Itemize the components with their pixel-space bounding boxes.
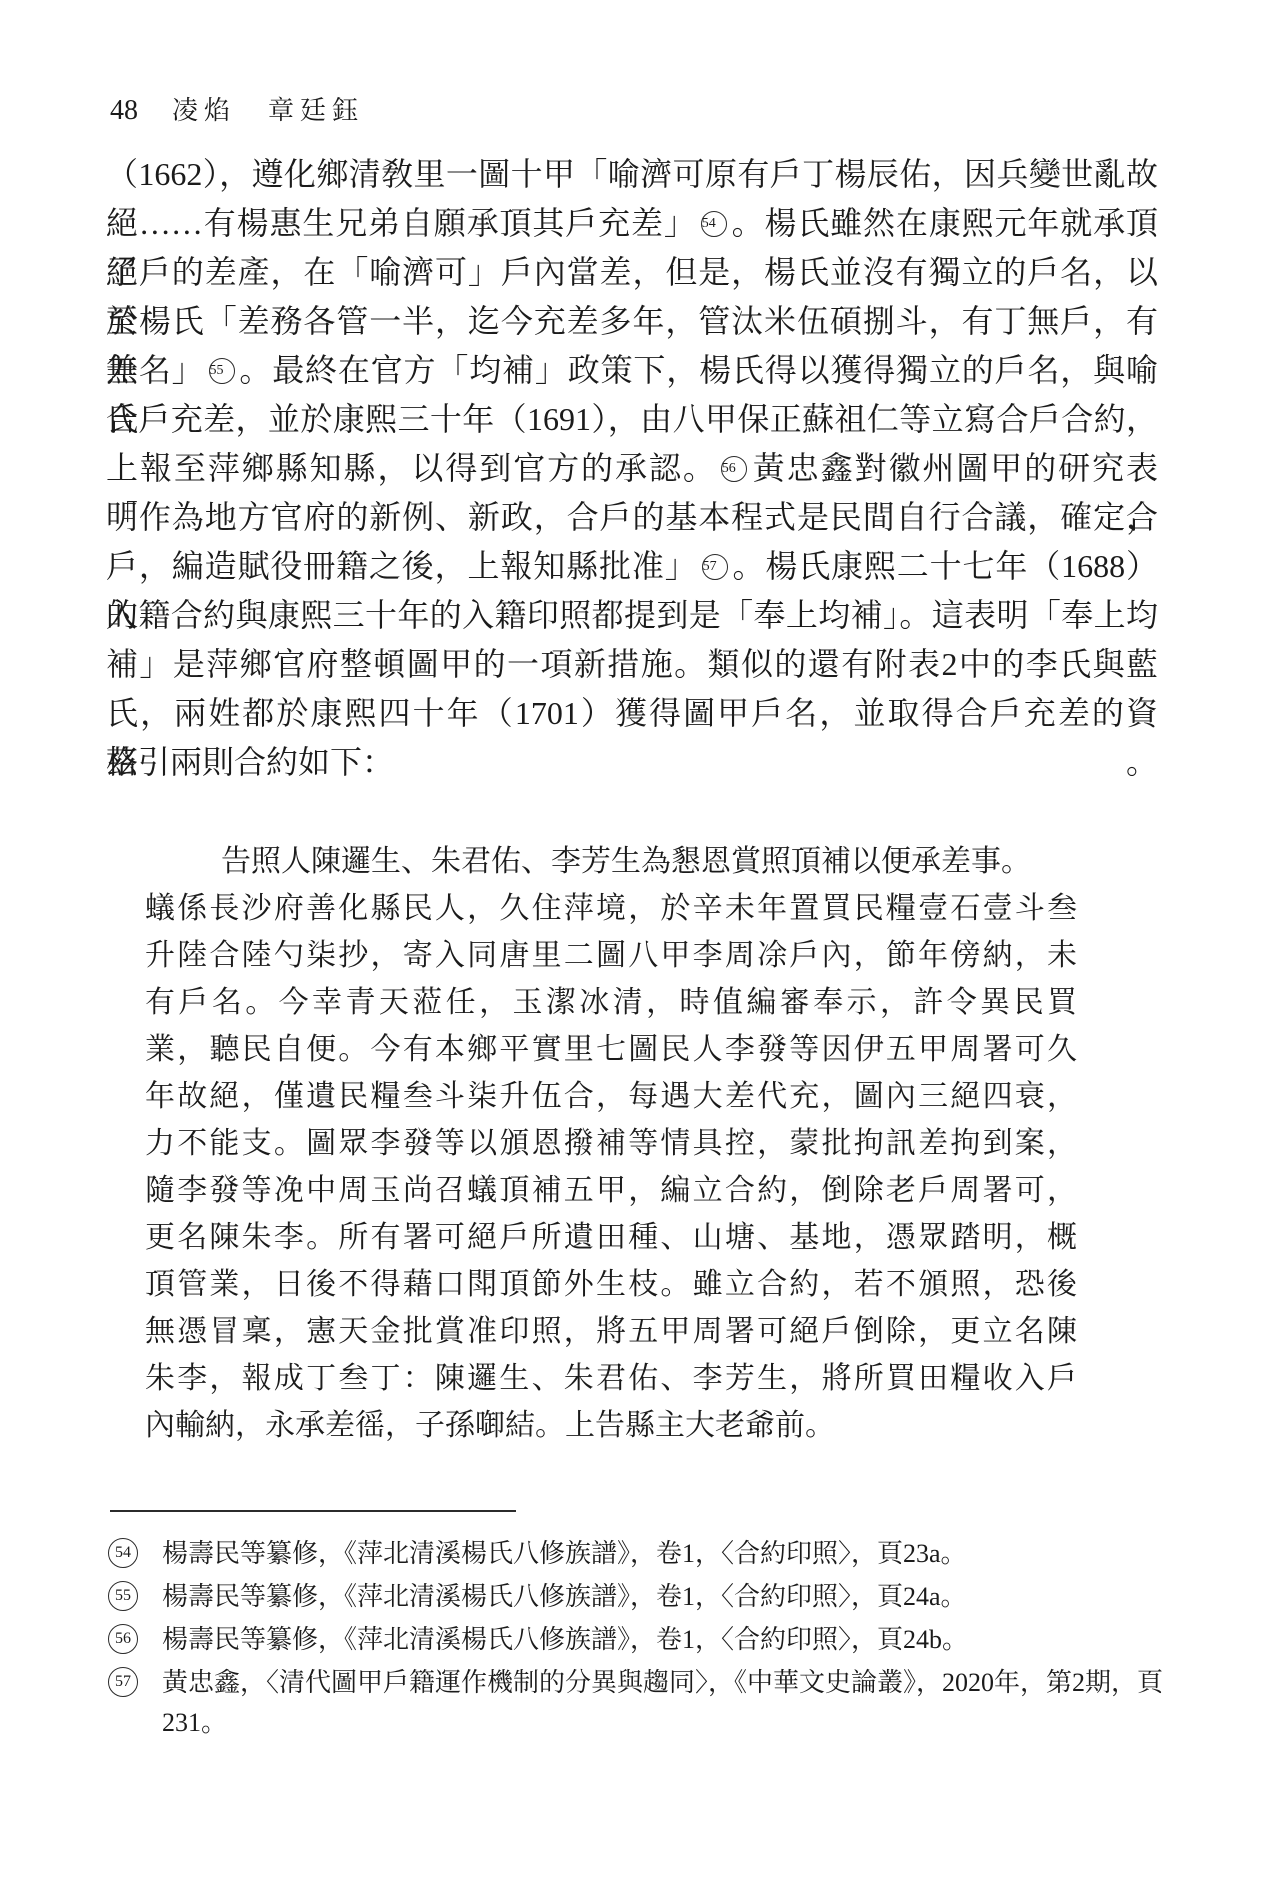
footnote-item: 54楊壽民等纂修，《萍北清溪楊氏八修族譜》，卷1，〈合約印照〉，頁23a。	[108, 1534, 1164, 1574]
quotation-line: 更名陳朱李。所有署可絕戶所遺田種、山塘、基地，憑眾踏明，概	[145, 1214, 1077, 1261]
footnote-number: 56	[108, 1624, 138, 1654]
quotation-line: 業，聽民自便。今有本鄉平實里七圖民人李發等因伊五甲周署可久	[145, 1026, 1077, 1073]
quotation-line: 年故絕，僅遺民糧叁斗柒升伍合，每遇大差代充，圖內三絕四衰，	[145, 1073, 1077, 1120]
body-text: 合戶充差，並於康熙三十年（1691），由八甲保正蘇祖仁等立寫合戶合約，	[106, 401, 1158, 437]
body-text: 「作為地方官府的新例、新政，合戶的基本程式是民間自行合議，確定合	[106, 499, 1158, 535]
footnote-item: 57黃忠鑫，〈清代圖甲戶籍運作機制的分異與趨同〉，《中華文史論叢》，2020年，…	[108, 1663, 1164, 1743]
page-number: 48	[110, 95, 138, 127]
quotation-line: 無憑冒稟，憲天金批賞准印照，將五甲周署可絕戶倒除，更立名陳	[145, 1308, 1077, 1355]
body-text: 入籍合約與康熙三十年的入籍印照都提到是「奉上均補」。這表明「奉上均	[106, 597, 1158, 633]
footnote-item: 55楊壽民等纂修，《萍北清溪楊氏八修族譜》，卷1，〈合約印照〉，頁24a。	[108, 1577, 1164, 1617]
footnote-number: 54	[108, 1538, 138, 1568]
footnote-ref-marker: 57	[702, 554, 728, 580]
body-text: 上報至萍鄉縣知縣，以得到官方的承認。	[106, 450, 717, 486]
body-line: （1662），遵化鄉清敎里一圖十甲「喻濟可原有戶丁楊辰佑，因兵變世亂故	[106, 150, 1158, 199]
footnote-ref-marker: 56	[721, 456, 747, 482]
quotation-line: 告照人陳邏生、朱君佑、李芳生為懇恩賞照頂補以便承差事。	[145, 838, 1077, 885]
quotation-line: 頂管業，日後不得藉口閗頂節外生枝。雖立合約，若不頒照，恐後	[145, 1261, 1077, 1308]
body-line: 絕戶的差產，在「喻濟可」戶內當差，但是，楊氏並沒有獨立的戶名，以至	[106, 248, 1158, 297]
running-head-authors: 凌焰 章廷鈺	[172, 90, 364, 127]
footnote-text: 楊壽民等纂修，《萍北清溪楊氏八修族譜》，卷1，〈合約印照〉，頁24b。	[162, 1620, 1164, 1660]
running-header: 48 凌焰 章廷鈺	[110, 90, 364, 127]
body-text: 補」是萍鄉官府整頓圖甲的一項新措施。類似的還有附表2中的李氏與藍	[106, 646, 1158, 682]
footnotes: 54楊壽民等纂修，《萍北清溪楊氏八修族譜》，卷1，〈合約印照〉，頁23a。55楊…	[108, 1534, 1164, 1746]
body-line: 合戶充差，並於康熙三十年（1691），由八甲保正蘇祖仁等立寫合戶合約，	[106, 395, 1158, 444]
body-text: 絕……有楊惠生兄弟自願承頂其戶充差」	[106, 205, 697, 241]
body-line: 「作為地方官府的新例、新政，合戶的基本程式是民間自行合議，確定合	[106, 493, 1158, 542]
footnote-item: 56楊壽民等纂修，《萍北清溪楊氏八修族譜》，卷1，〈合約印照〉，頁24b。	[108, 1620, 1164, 1660]
quotation-line: 內輸納，永承差徭，子孫啣結。上告縣主大老爺前。	[145, 1402, 1077, 1449]
quotation-line: 升陸合陸勺柒抄，寄入同唐里二圖八甲李周凃戶內，節年傍納，未	[145, 932, 1077, 979]
body-line: 絕……有楊惠生兄弟自願承頂其戶充差」54。楊氏雖然在康熙元年就承頂了	[106, 199, 1158, 248]
quotation-line: 有戶名。今幸青天蒞任，玉潔冰清，時值編審奉示，許令異民買	[145, 979, 1077, 1026]
body-line: 入籍合約與康熙三十年的入籍印照都提到是「奉上均補」。這表明「奉上均	[106, 591, 1158, 640]
footnote-text: 楊壽民等纂修，《萍北清溪楊氏八修族譜》，卷1，〈合約印照〉，頁24a。	[162, 1577, 1164, 1617]
quotation-line: 力不能支。圖眾李發等以頒恩撥補等情具控，蒙批拘訊差拘到案，	[145, 1120, 1077, 1167]
footnote-number: 57	[108, 1667, 138, 1697]
body-text: （1662），遵化鄉清敎里一圖十甲「喻濟可原有戶丁楊辰佑，因兵變世亂故	[106, 156, 1158, 192]
body-line: 上報至萍鄉縣知縣，以得到官方的承認。56黃忠鑫對徽州圖甲的研究表明，	[106, 444, 1158, 493]
quotation-line: 朱李，報成丁叁丁：陳邏生、朱君佑、李芳生，將所買田糧收入戶	[145, 1355, 1077, 1402]
body-line: 無名」55。最終在官方「均補」政策下，楊氏得以獲得獨立的戶名，與喻氏	[106, 346, 1158, 395]
body-line: 戶，編造賦役冊籍之後，上報知縣批准」57。楊氏康熙二十七年（1688）的	[106, 542, 1158, 591]
body-line: 補」是萍鄉官府整頓圖甲的一項新措施。類似的還有附表2中的李氏與藍	[106, 640, 1158, 689]
body-text: 茲引兩則合約如下：	[106, 744, 394, 780]
footnote-ref-marker: 55	[209, 358, 235, 384]
body-line: 氏，兩姓都於康熙四十年（1701）獲得圖甲戶名，並取得合戶充差的資格。	[106, 689, 1158, 738]
footnote-separator	[110, 1510, 516, 1512]
body-text: 無名」	[106, 352, 205, 388]
body-line: 於楊氏「差務各管一半，迄今充差多年，管汰米伍碩捌斗，有丁無戶，有差	[106, 297, 1158, 346]
footnote-ref-marker: 54	[701, 211, 727, 237]
quotation-line: 蟻係長沙府善化縣民人，久住萍境，於辛未年置買民糧壹石壹斗叁	[145, 885, 1077, 932]
quotation-block: 告照人陳邏生、朱君佑、李芳生為懇恩賞照頂補以便承差事。蟻係長沙府善化縣民人，久住…	[145, 838, 1077, 1449]
footnote-text: 黃忠鑫，〈清代圖甲戶籍運作機制的分異與趨同〉，《中華文史論叢》，2020年，第2…	[162, 1663, 1164, 1743]
body-text: 戶，編造賦役冊籍之後，上報知縣批准」	[106, 548, 698, 584]
footnote-text: 楊壽民等纂修，《萍北清溪楊氏八修族譜》，卷1，〈合約印照〉，頁23a。	[162, 1534, 1164, 1574]
quotation-line: 隨李發等凂中周玉尚召蟻頂補五甲，編立合約，倒除老戶周署可，	[145, 1167, 1077, 1214]
footnote-number: 55	[108, 1581, 138, 1611]
document-page: 48 凌焰 章廷鈺 （1662），遵化鄉清敎里一圖十甲「喻濟可原有戶丁楊辰佑，因…	[0, 0, 1262, 1895]
body-paragraph: （1662），遵化鄉清敎里一圖十甲「喻濟可原有戶丁楊辰佑，因兵變世亂故絕……有楊…	[106, 150, 1158, 787]
